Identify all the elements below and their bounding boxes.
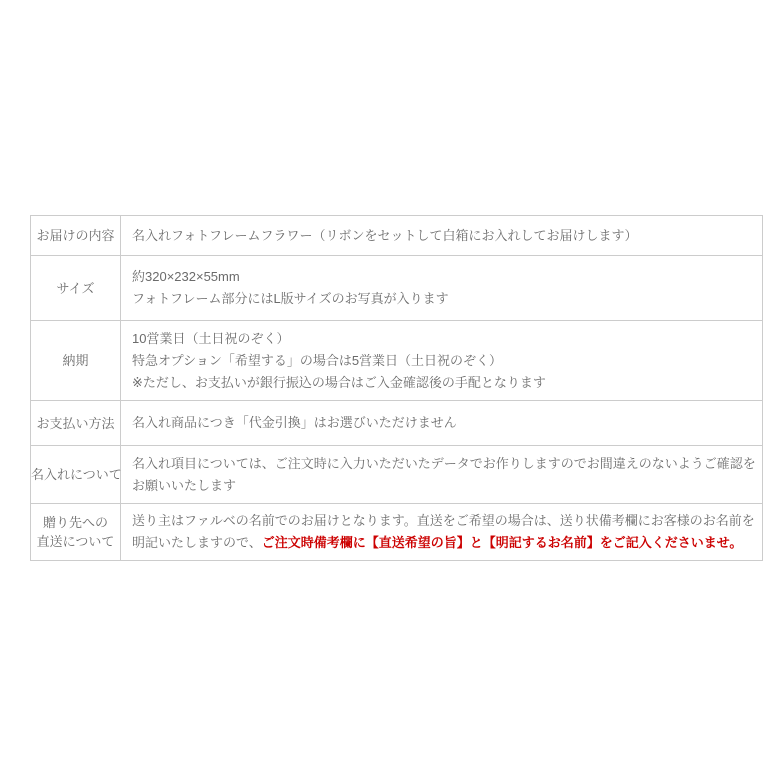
content-line: 名入れ商品につき「代金引換」はお選びいただけません — [132, 412, 754, 434]
row-content-size: 約320×232×55mm フォトフレーム部分にはL版サイズのお写真が入ります — [121, 256, 763, 321]
content-line: 明記いたしますので、ご注文時備考欄に【直送希望の旨】と【明記するお名前】をご記入… — [132, 532, 754, 554]
row-label-delivery-time: 納期 — [31, 321, 121, 401]
table-row-name-inscription: 名入れについて 名入れ項目については、ご注文時に入力いただいたデータでお作りしま… — [31, 446, 763, 504]
row-content-name-inscription: 名入れ項目については、ご注文時に入力いただいたデータでお作りしますのでお間違えの… — [121, 446, 763, 504]
row-label-delivery-contents: お届けの内容 — [31, 216, 121, 256]
content-line: 約320×232×55mm — [132, 266, 754, 288]
table-row-direct-shipping: 贈り先への 直送について 送り主はファルベの名前でのお届けとなります。直送をご希… — [31, 504, 763, 561]
content-line: 特急オプション「希望する」の場合は5営業日（土日祝のぞく） — [132, 350, 754, 372]
row-content-delivery-contents: 名入れフォトフレームフラワー（リボンをセットして白箱にお入れしてお届けします） — [121, 216, 763, 256]
content-segment-red-warning: ご注文時備考欄に【直送希望の旨】と【明記するお名前】をご記入くださいませ。 — [262, 535, 743, 550]
content-line: 名入れフォトフレームフラワー（リボンをセットして白箱にお入れしてお届けします） — [132, 225, 754, 247]
row-content-delivery-time: 10営業日（土日祝のぞく） 特急オプション「希望する」の場合は5営業日（土日祝の… — [121, 321, 763, 401]
content-line: 10営業日（土日祝のぞく） — [132, 328, 754, 350]
product-info-table: お届けの内容 名入れフォトフレームフラワー（リボンをセットして白箱にお入れしてお… — [30, 215, 763, 561]
content-line: お願いいたします — [132, 475, 754, 497]
page-background: お届けの内容 名入れフォトフレームフラワー（リボンをセットして白箱にお入れしてお… — [0, 0, 780, 780]
label-line: 直送について — [31, 532, 120, 551]
row-content-direct-shipping: 送り主はファルベの名前でのお届けとなります。直送をご希望の場合は、送り状備考欄に… — [121, 504, 763, 561]
row-label-size: サイズ — [31, 256, 121, 321]
row-content-payment-method: 名入れ商品につき「代金引換」はお選びいただけません — [121, 401, 763, 446]
table-row-size: サイズ 約320×232×55mm フォトフレーム部分にはL版サイズのお写真が入… — [31, 256, 763, 321]
table-row-payment-method: お支払い方法 名入れ商品につき「代金引換」はお選びいただけません — [31, 401, 763, 446]
content-segment-normal: 明記いたしますので、 — [132, 535, 262, 550]
content-line: ※ただし、お支払いが銀行振込の場合はご入金確認後の手配となります — [132, 372, 754, 394]
row-label-direct-shipping: 贈り先への 直送について — [31, 504, 121, 561]
row-label-payment-method: お支払い方法 — [31, 401, 121, 446]
row-label-name-inscription: 名入れについて — [31, 446, 121, 504]
content-line: 名入れ項目については、ご注文時に入力いただいたデータでお作りしますのでお間違えの… — [132, 453, 754, 475]
content-line: フォトフレーム部分にはL版サイズのお写真が入ります — [132, 288, 754, 310]
table-row-delivery-time: 納期 10営業日（土日祝のぞく） 特急オプション「希望する」の場合は5営業日（土… — [31, 321, 763, 401]
table-row-delivery-contents: お届けの内容 名入れフォトフレームフラワー（リボンをセットして白箱にお入れしてお… — [31, 216, 763, 256]
label-line: 贈り先への — [31, 513, 120, 532]
content-line: 送り主はファルベの名前でのお届けとなります。直送をご希望の場合は、送り状備考欄に… — [132, 510, 754, 532]
